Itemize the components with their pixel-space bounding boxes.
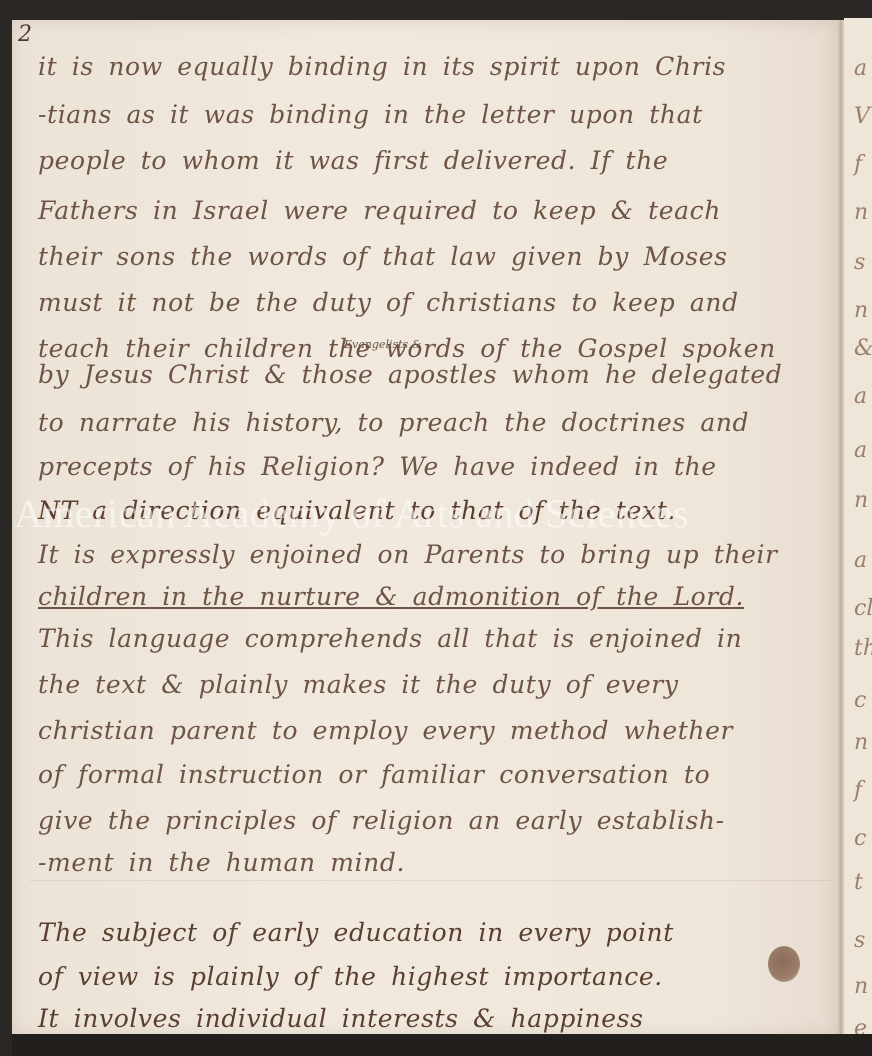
manuscript-line: of formal instruction or familiar conver…: [38, 760, 828, 789]
manuscript-line: It involves individual interests & happi…: [38, 1004, 828, 1033]
adjacent-fragment: f: [854, 778, 862, 803]
adjacent-fragment: n: [854, 974, 868, 999]
manuscript-line: christian parent to employ every method …: [38, 716, 828, 745]
interlinear-insertion: Evangelists &: [344, 338, 421, 351]
manuscript-line: by Jesus Christ & those apostles whom he…: [38, 360, 828, 389]
manuscript-line: This language comprehends all that is en…: [38, 624, 828, 653]
adjacent-fragment: n: [854, 488, 868, 513]
manuscript-line: people to whom it was first delivered. I…: [38, 146, 828, 175]
adjacent-fragment: n: [854, 298, 868, 323]
manuscript-line: give the principles of religion an early…: [38, 806, 828, 835]
manuscript-line: precepts of his Religion? We have indeed…: [38, 452, 828, 481]
manuscript-line: It is expressly enjoined on Parents to b…: [38, 540, 828, 569]
manuscript-line: -ment in the human mind.: [38, 848, 828, 877]
adjacent-fragment: &: [854, 336, 872, 361]
manuscript-line: The subject of early education in every …: [38, 918, 828, 947]
adjacent-fragment: a: [854, 438, 867, 463]
adjacent-fragment: c: [854, 688, 866, 713]
manuscript-line: must it not be the duty of christians to…: [38, 288, 828, 317]
adjacent-fragment: e: [854, 1016, 867, 1034]
manuscript-line: the text & plainly makes it the duty of …: [38, 670, 828, 699]
adjacent-fragment: s: [854, 250, 865, 275]
manuscript-line: their sons the words of that law given b…: [38, 242, 828, 271]
adjacent-fragment: cl: [854, 596, 872, 621]
adjacent-fragment: f: [854, 152, 862, 177]
adjacent-fragment: n: [854, 200, 868, 225]
ruled-line: [30, 880, 830, 881]
watermark: American Academy of Arts and Sciences: [14, 490, 689, 537]
adjacent-fragment: n: [854, 730, 868, 755]
manuscript-line: it is now equally binding in its spirit …: [38, 52, 828, 81]
adjacent-fragment: c: [854, 826, 866, 851]
adjacent-page-edge: a V f n s n & a a n a cl th c n f c t s …: [844, 18, 872, 1034]
manuscript-line: -tians as it was binding in the letter u…: [38, 100, 828, 129]
adjacent-fragment: V: [854, 104, 870, 129]
manuscript-line: teach their children the words of the Go…: [38, 334, 828, 363]
manuscript-line: of view is plainly of the highest import…: [38, 962, 828, 991]
manuscript-line-underlined: children in the nurture & admonition of …: [38, 582, 828, 611]
adjacent-fragment: a: [854, 384, 867, 409]
adjacent-fragment: a: [854, 548, 867, 573]
adjacent-fragment: s: [854, 928, 865, 953]
adjacent-fragment: th: [854, 636, 872, 661]
page-number: 2: [18, 22, 32, 47]
background-edge: [12, 1034, 872, 1056]
ink-blot: [768, 946, 800, 982]
adjacent-fragment: a: [854, 56, 867, 81]
adjacent-fragment: t: [854, 870, 863, 895]
manuscript-line: Fathers in Israel were required to keep …: [38, 196, 828, 225]
manuscript-line: to narrate his history, to preach the do…: [38, 408, 828, 437]
